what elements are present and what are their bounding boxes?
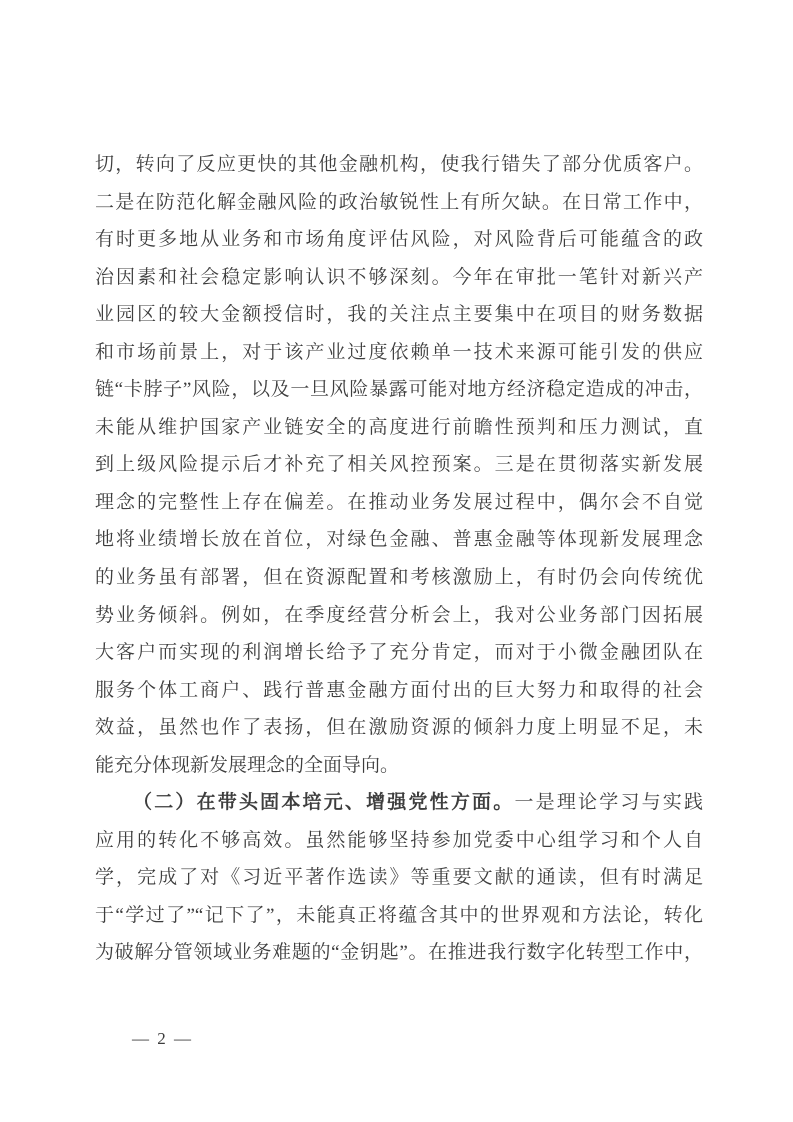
text-line: 效益，虽然也作了表扬，但在激励资源的倾斜力度上明显不足，未 [95, 709, 703, 747]
text-segment: 未能从维护国家产业链安全的高度进行前瞻性预判和压力测试，直 [95, 417, 703, 438]
text-segment: 到上级风险提示后才补充了相关风控预案。三是在贯彻落实新发展 [95, 454, 703, 475]
text-line: 有时更多地从业务和市场角度评估风险，对风险背后可能蕴含的政 [95, 221, 703, 259]
footer-page-number: — 2 — [132, 1028, 193, 1050]
text-segment: 学，完成了对《习近平著作选读》等重要文献的通读，但有时满足 [95, 867, 703, 888]
text-line: 业园区的较大金额授信时，我的关注点主要集中在项目的财务数据 [95, 296, 703, 334]
text-segment: 业园区的较大金额授信时，我的关注点主要集中在项目的财务数据 [95, 304, 703, 325]
text-line: 未能从维护国家产业链安全的高度进行前瞻性预判和压力测试，直 [95, 409, 703, 447]
text-line: （二）在带头固本培元、增强党性方面。一是理论学习与实践 [95, 784, 703, 822]
text-line: 理念的完整性上存在偏差。在推动业务发展过程中，偶尔会不自觉 [95, 484, 703, 522]
text-line: 和市场前景上，对于该产业过度依赖单一技术来源可能引发的供应 [95, 334, 703, 372]
text-segment: 效益，虽然也作了表扬，但在激励资源的倾斜力度上明显不足，未 [95, 717, 703, 738]
text-segment: 链“卡脖子”风险，以及一旦风险暴露可能对地方经济稳定造成的冲击， [95, 379, 703, 400]
text-segment: 的业务虽有部署，但在资源配置和考核激励上，有时仍会向传统优 [95, 567, 703, 588]
text-segment: 大客户而实现的利润增长给予了充分肯定，而对于小微金融团队在 [95, 642, 703, 663]
text-segment: 能充分体现新发展理念的全面导向。 [95, 755, 399, 776]
text-segment: 为破解分管领域业务难题的“金钥匙”。在推进我行数字化转型工作中， [95, 942, 703, 963]
text-segment: 地将业绩增长放在首位，对绿色金融、普惠金融等体现新发展理念 [95, 529, 703, 550]
text-segment: 有时更多地从业务和市场角度评估风险，对风险背后可能蕴含的政 [95, 229, 703, 250]
text-line: 应用的转化不够高效。虽然能够坚持参加党委中心组学习和个人自 [95, 822, 703, 860]
text-line: 为破解分管领域业务难题的“金钥匙”。在推进我行数字化转型工作中， [95, 934, 703, 972]
text-line: 大客户而实现的利润增长给予了充分肯定，而对于小微金融团队在 [95, 634, 703, 672]
text-segment: 治因素和社会稳定影响认识不够深刻。今年在审批一笔针对新兴产 [95, 267, 703, 288]
document-body: 切，转向了反应更快的其他金融机构，使我行错失了部分优质客户。二是在防范化解金融风… [95, 146, 703, 972]
text-line: 的业务虽有部署，但在资源配置和考核激励上，有时仍会向传统优 [95, 559, 703, 597]
text-segment: 二是在防范化解金融风险的政治敏锐性上有所欠缺。在日常工作中， [95, 192, 703, 213]
text-segment: 于“学过了”“记下了”，未能真正将蕴含其中的世界观和方法论，转化 [95, 905, 703, 926]
text-line: 势业务倾斜。例如，在季度经营分析会上，我对公业务部门因拓展 [95, 597, 703, 635]
text-segment: 一是理论学习与实践 [514, 792, 703, 813]
paragraph-2: （二）在带头固本培元、增强党性方面。一是理论学习与实践应用的转化不够高效。虽然能… [95, 784, 703, 972]
text-line: 地将业绩增长放在首位，对绿色金融、普惠金融等体现新发展理念 [95, 521, 703, 559]
text-line: 治因素和社会稳定影响认识不够深刻。今年在审批一笔针对新兴产 [95, 259, 703, 297]
text-line: 到上级风险提示后才补充了相关风控预案。三是在贯彻落实新发展 [95, 446, 703, 484]
text-line: 服务个体工商户、践行普惠金融方面付出的巨大努力和取得的社会 [95, 672, 703, 710]
text-line: 于“学过了”“记下了”，未能真正将蕴含其中的世界观和方法论，转化 [95, 897, 703, 935]
text-segment: 理念的完整性上存在偏差。在推动业务发展过程中，偶尔会不自觉 [95, 492, 703, 513]
text-line: 链“卡脖子”风险，以及一旦风险暴露可能对地方经济稳定造成的冲击， [95, 371, 703, 409]
text-segment: 切，转向了反应更快的其他金融机构，使我行错失了部分优质客户。 [95, 154, 703, 175]
text-segment: 服务个体工商户、践行普惠金融方面付出的巨大努力和取得的社会 [95, 680, 703, 701]
document-page: 切，转向了反应更快的其他金融机构，使我行错失了部分优质客户。二是在防范化解金融风… [0, 0, 793, 1122]
text-line: 能充分体现新发展理念的全面导向。 [95, 747, 703, 785]
text-segment: 应用的转化不够高效。虽然能够坚持参加党委中心组学习和个人自 [95, 830, 703, 851]
text-segment: 和市场前景上，对于该产业过度依赖单一技术来源可能引发的供应 [95, 342, 703, 363]
bold-heading-segment: （二）在带头固本培元、增强党性方面。 [133, 792, 514, 813]
text-line: 切，转向了反应更快的其他金融机构，使我行错失了部分优质客户。 [95, 146, 703, 184]
text-line: 学，完成了对《习近平著作选读》等重要文献的通读，但有时满足 [95, 859, 703, 897]
text-segment: 势业务倾斜。例如，在季度经营分析会上，我对公业务部门因拓展 [95, 605, 703, 626]
paragraph-1: 切，转向了反应更快的其他金融机构，使我行错失了部分优质客户。二是在防范化解金融风… [95, 146, 703, 784]
text-line: 二是在防范化解金融风险的政治敏锐性上有所欠缺。在日常工作中， [95, 184, 703, 222]
